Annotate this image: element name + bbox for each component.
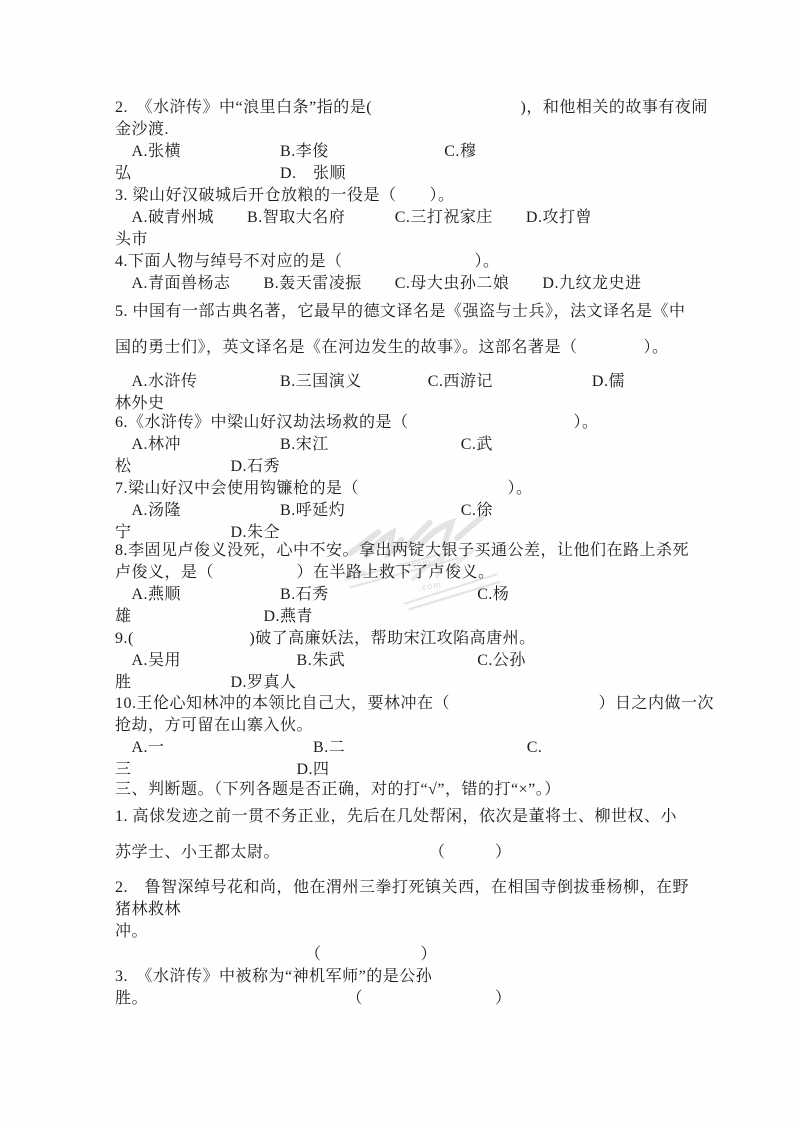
doc-line-q2-options: A.张横 B.李俊 C.穆 xyxy=(115,141,476,162)
doc-line-q3-stem: 3. 梁山好汉破城后开仓放粮的一役是（ ）。 xyxy=(115,185,455,206)
doc-line-tf3-stem: 3. 《水浒传》中被称为“神机军师”的是公孙 xyxy=(115,966,432,987)
doc-line-q10-stem: 10.王伦心知林冲的本领比自己大，要林冲在（ ）日之内做一次 xyxy=(115,693,714,714)
doc-line-q8-options-wrap: 雄 D.燕青 xyxy=(115,606,313,627)
doc-line-q7-stem: 7.梁山好汉中会使用钩镰枪的是（ ）。 xyxy=(115,478,533,499)
doc-line-q3-options-wrap: 头市 xyxy=(115,229,148,250)
doc-line-tf1-stem: 1. 高俅发迹之前一贯不务正业，先后在几处帮闲，依次是董将士、柳世权、小 xyxy=(115,806,677,827)
doc-line-tf1-answer-blank: 苏学士、小王都太尉。 （ ） xyxy=(115,842,512,863)
doc-line-section3-heading: 三、判断题。（下列各题是否正确，对的打“√”，错的打“×”。） xyxy=(115,779,561,800)
doc-line-q5-options-wrap: 林外史 xyxy=(115,393,165,414)
doc-line-q3-options: A.破青州城 B.智取大名府 C.三打祝家庄 D.攻打曾 xyxy=(115,207,592,228)
exam-paper-page: www.f .com .com 2. 《水浒传》中“浪里白条”指的是( )，和他… xyxy=(0,0,793,1122)
doc-line-q7-options: A.汤隆 B.呼延灼 C.徐 xyxy=(115,500,493,521)
doc-line-q4-stem: 4.下面人物与绰号不对应的是（ ）。 xyxy=(115,251,500,272)
doc-line-q2-stem-wrap: 金沙渡. xyxy=(115,119,169,140)
doc-line-tf2-stem: 2. 鲁智深绰号花和尚，他在渭州三拳打死镇关西，在相国寺倒拔垂杨柳，在野 xyxy=(115,877,689,898)
doc-line-q9-stem: 9.( )破了高廉妖法，帮助宋江攻陷高唐州。 xyxy=(115,628,536,649)
doc-line-tf3-answer-blank: 胜。 （ ） xyxy=(115,988,512,1009)
doc-line-q6-options-wrap: 松 D.石秀 xyxy=(115,456,280,477)
doc-line-q5-options: A.水浒传 B.三国演义 C.西游记 D.儒 xyxy=(115,371,625,392)
doc-line-q9-options-wrap: 胜 D.罗真人 xyxy=(115,672,297,693)
doc-line-q10-options-wrap: 三 D.四 xyxy=(115,759,330,780)
doc-line-q5-stem-wrap: 国的勇士们》，英文译名是《在河边发生的故事》。这部名著是（ ）。 xyxy=(115,337,669,358)
doc-line-tf2-stem-wrap2: 冲。 xyxy=(115,921,148,942)
doc-line-q2-stem: 2. 《水浒传》中“浪里白条”指的是( )，和他相关的故事有夜闹 xyxy=(115,97,708,118)
doc-line-q10-options: A.一 B.二 C. xyxy=(115,737,542,758)
doc-line-q4-options: A.青面兽杨志 B.轰天雷凌振 C.母大虫孙二娘 D.九纹龙史进 xyxy=(115,273,641,294)
doc-line-tf2-stem-wrap: 猪林救林 xyxy=(115,899,181,920)
doc-line-q8-stem: 8.李固见卢俊义没死，心中不安。拿出两锭大银子买通公差，让他们在路上杀死 xyxy=(115,540,689,561)
doc-line-q9-options: A.吴用 B.朱武 C.公孙 xyxy=(115,650,526,671)
doc-line-q6-stem: 6.《水浒传》中梁山好汉劫法场救的是（ ）。 xyxy=(115,412,599,433)
doc-line-q5-stem: 5. 中国有一部古典名著，它最早的德文译名是《强盗与士兵》，法文译名是《中 xyxy=(115,301,686,322)
doc-line-q8-stem-wrap: 卢俊义，是（ ）在半路上救下了卢俊义。 xyxy=(115,562,495,583)
doc-line-q8-options: A.燕顺 B.石秀 C.杨 xyxy=(115,584,509,605)
doc-line-q6-options: A.林冲 B.宋江 C.武 xyxy=(115,434,493,455)
doc-line-tf2-answer-blank: （ ） xyxy=(115,944,437,965)
doc-line-q2-options-wrap: 弘 D. 张顺 xyxy=(115,163,346,184)
doc-line-q10-stem-wrap: 抢劫，方可留在山寨入伙。 xyxy=(115,715,313,736)
